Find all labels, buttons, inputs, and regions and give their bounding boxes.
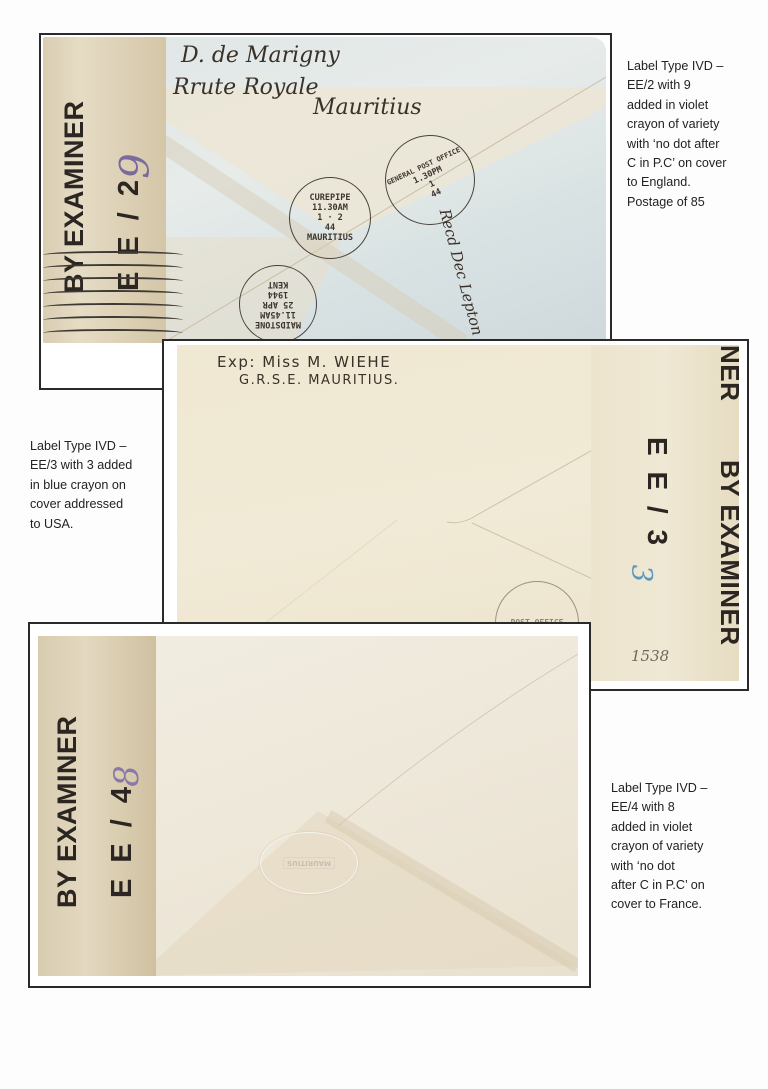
censor-label-ee4: BY EXAMINER E E / 4 8 [38,636,156,976]
crayon-number: 3 [625,565,658,583]
wavy-cancel-lines [43,251,183,343]
sender-name: Exp: Miss M. WIEHE [217,353,391,371]
postmark-maidstone: MAIDSTONE 11.45AM 25 APR 1944 KENT [239,265,317,343]
label-by-examiner: BY EXAMINER [52,715,83,908]
label-partial-text: NER [714,345,739,401]
caption-ee3: Label Type IVD – EE/3 with 3 added in bl… [30,437,132,534]
label-code: E E / 4 [106,783,139,898]
sender-street: Rrute Royale [173,75,319,100]
postmark-curepipe: CUREPIPE 11.30AM 1 · 2 44 MAURITIUS [289,177,371,259]
cover-ee4: MAURITIUS BY EXAMINER E E / 4 8 [38,636,578,976]
sender-country: Mauritius [313,95,422,120]
censor-label-ee3: NER BY EXAMINER E E / 3 3 1538 [591,345,739,681]
pencil-number: 1538 [631,647,669,665]
crayon-number: 9 [113,153,159,178]
label-code: E E / 3 [641,437,673,549]
label-by-examiner: BY EXAMINER [714,460,739,646]
sender-name: D. de Marigny [181,43,340,68]
sender-address: G.R.S.E. MAURITIUS. [239,373,399,388]
crayon-number: 8 [107,765,147,787]
caption-ee4: Label Type IVD – EE/4 with 8 added in vi… [611,779,707,915]
embossed-seal: MAURITIUS [260,832,358,894]
cover-ee2: BY EXAMINER E E / 2 9 D. de Marigny Rrut… [43,37,606,343]
caption-ee2: Label Type IVD – EE/2 with 9 added in vi… [627,57,726,212]
